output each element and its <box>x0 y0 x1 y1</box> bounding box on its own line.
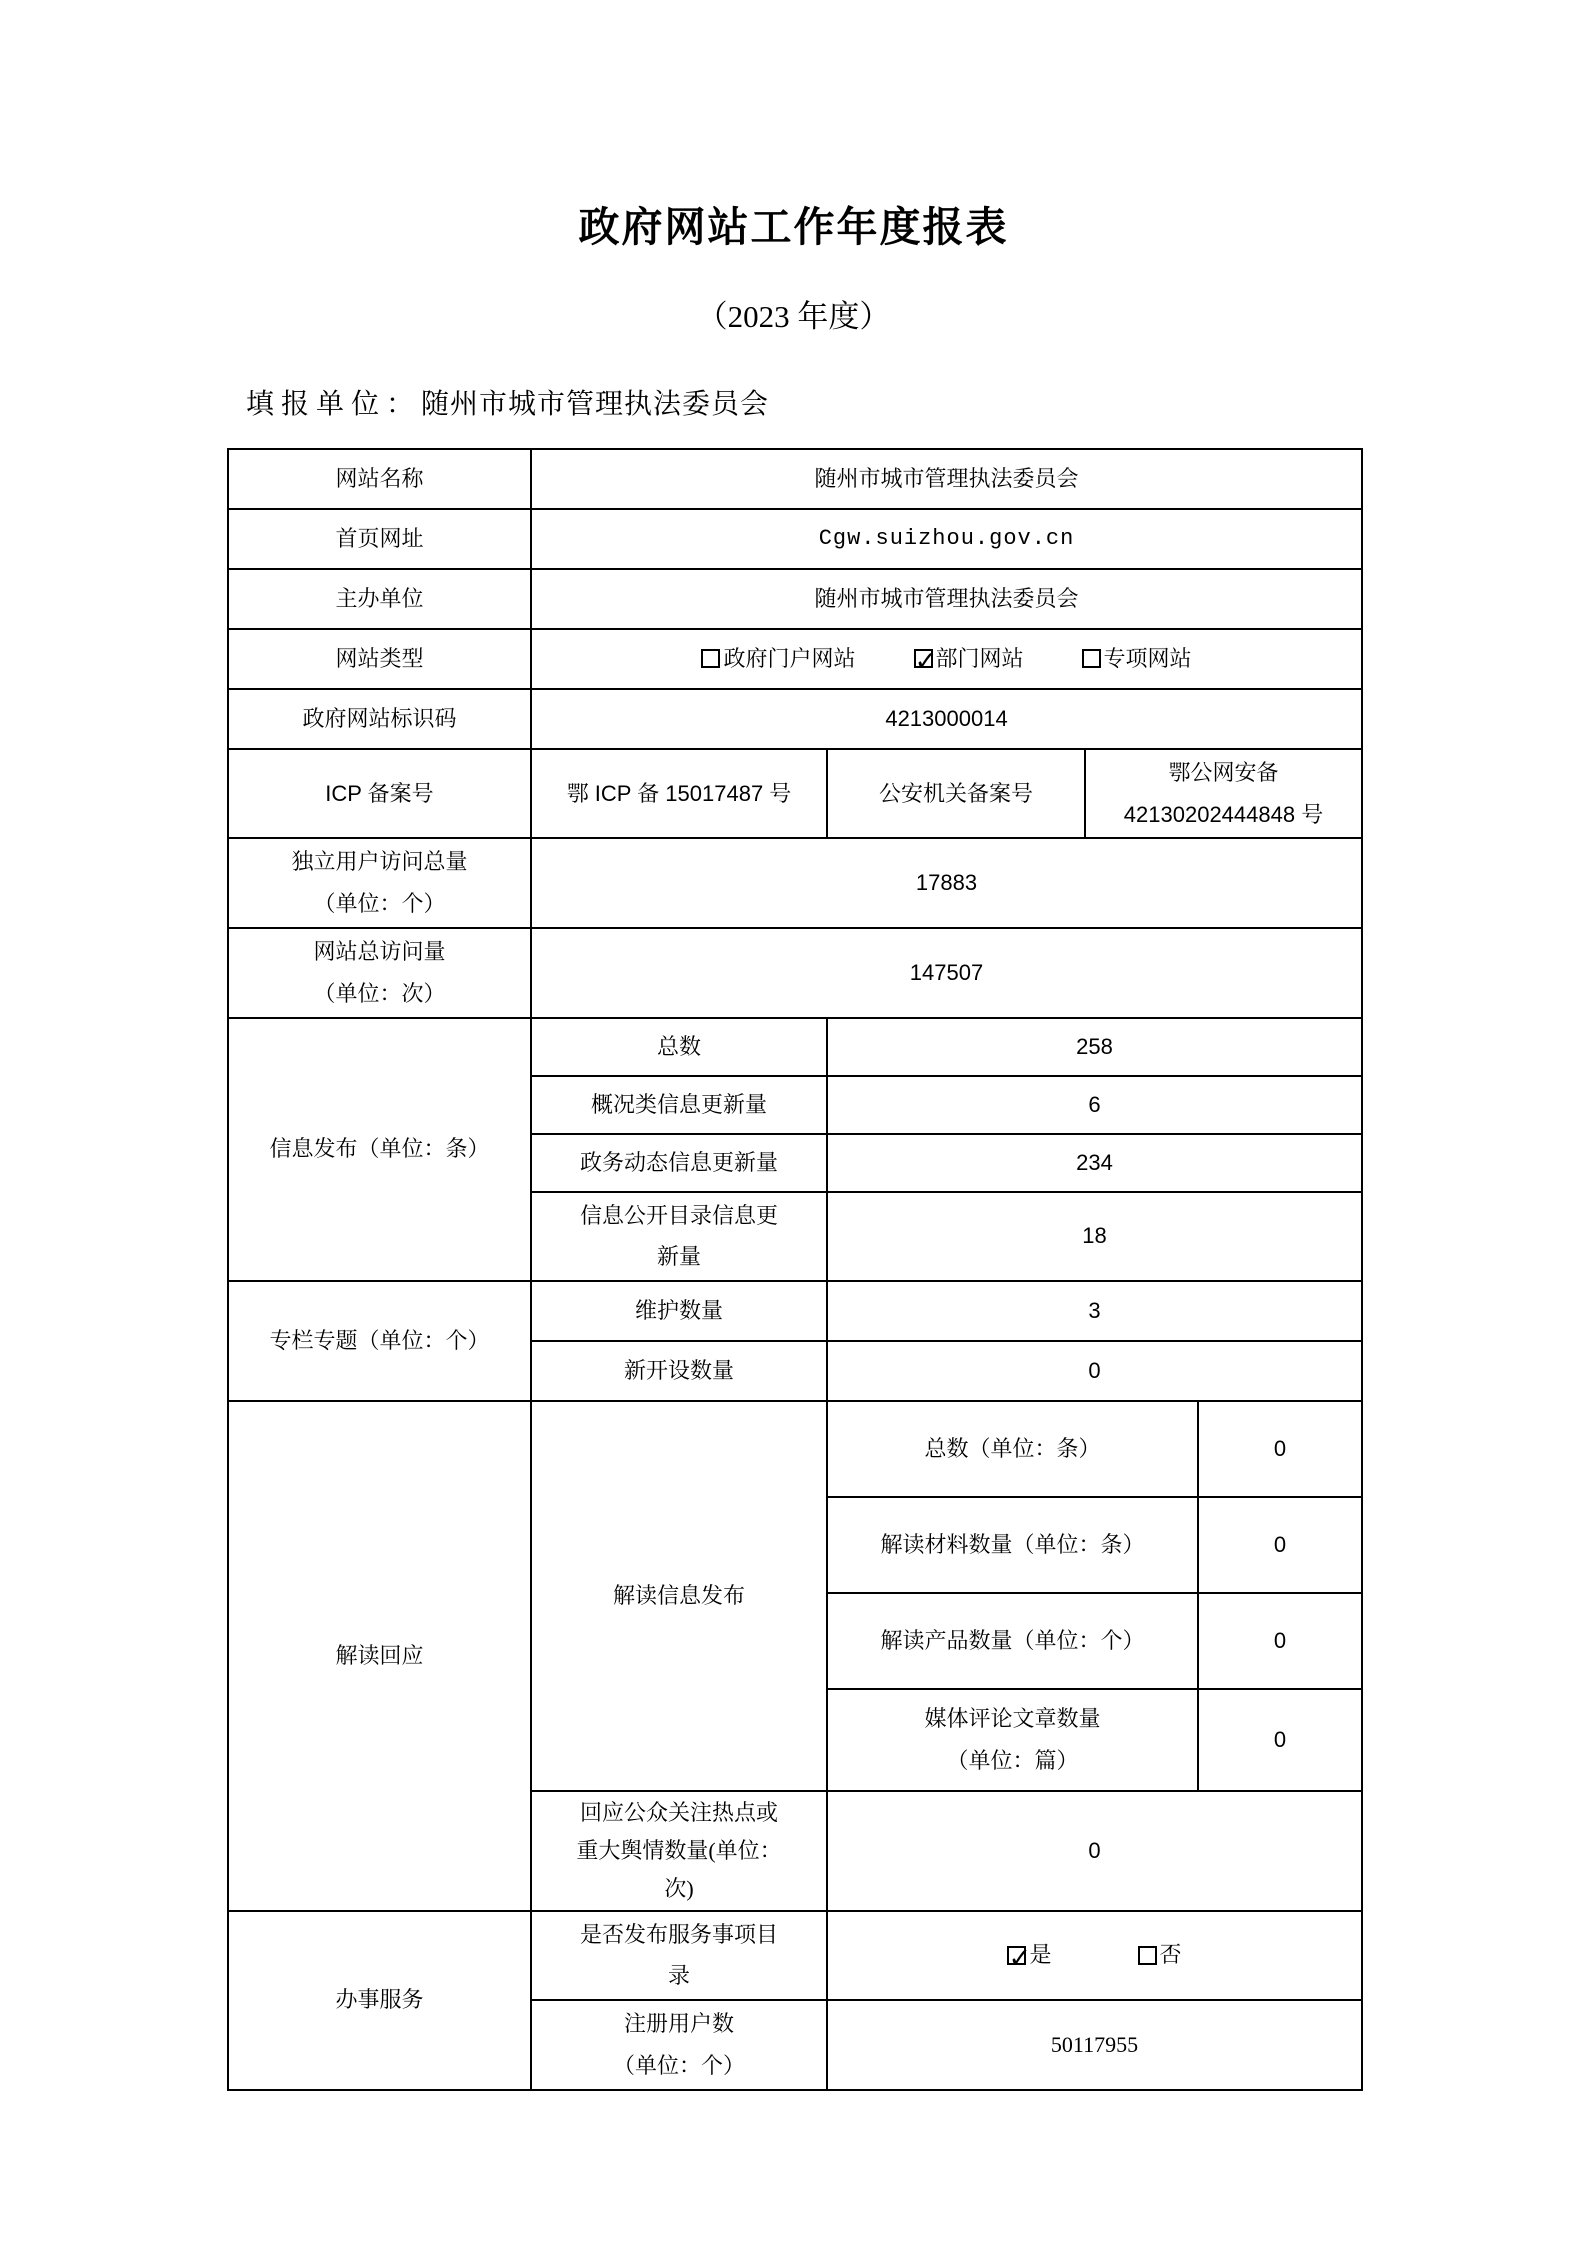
homepage-value: Cgw.suizhou.gov.cn <box>531 509 1362 569</box>
filler-unit-line: 填报单位：随州市城市管理执法委员会 <box>246 388 1587 422</box>
total-visits-value: 147507 <box>531 928 1362 1018</box>
report-page: 政府网站工作年度报表 （2023 年度） 填报单位：随州市城市管理执法委员会 网… <box>0 0 1587 2245</box>
option-label: 部门网站 <box>936 643 1024 675</box>
interpretation-response-value: 0 <box>827 1791 1362 1910</box>
table-row: 政府网站标识码 4213000014 <box>228 689 1362 749</box>
website-type-options: 政府门户网站 部门网站 专项网站 <box>531 629 1362 689</box>
special-columns-maintained-value: 3 <box>827 1281 1362 1341</box>
option-label: 否 <box>1160 1939 1182 1971</box>
organizer-label: 主办单位 <box>228 569 531 629</box>
interpretation-material-label: 解读材料数量（单位：条） <box>827 1497 1198 1593</box>
table-row: ICP 备案号 鄂 ICP 备 15017487 号 公安机关备案号 鄂公网安备… <box>228 749 1362 839</box>
site-name-label: 网站名称 <box>228 449 531 509</box>
table-row: 专栏专题（单位：个） 维护数量 3 <box>228 1281 1362 1341</box>
checkbox-icon <box>914 649 933 668</box>
services-section-label: 办事服务 <box>228 1911 531 2090</box>
table-row: 办事服务 是否发布服务事项目 录 是 否 <box>228 1911 1362 2001</box>
site-name-value: 随州市城市管理执法委员会 <box>531 449 1362 509</box>
info-release-overview-value: 6 <box>827 1076 1362 1134</box>
info-release-catalog-value: 18 <box>827 1192 1362 1282</box>
interpretation-total-value: 0 <box>1198 1401 1362 1497</box>
website-type-option-department: 部门网站 <box>914 643 1024 675</box>
option-label: 专项网站 <box>1104 643 1192 675</box>
special-columns-maintained-label: 维护数量 <box>531 1281 827 1341</box>
table-row: 主办单位 随州市城市管理执法委员会 <box>228 569 1362 629</box>
option-label: 政府门户网站 <box>723 643 855 675</box>
table-row: 首页网址 Cgw.suizhou.gov.cn <box>228 509 1362 569</box>
interpretation-media-label: 媒体评论文章数量 （单位：篇） <box>827 1689 1198 1791</box>
interpretation-section-label: 解读回应 <box>228 1401 531 1910</box>
table-row: 信息发布（单位：条） 总数 258 <box>228 1018 1362 1076</box>
interpretation-material-value: 0 <box>1198 1497 1362 1593</box>
icp-label: ICP 备案号 <box>228 749 531 839</box>
homepage-label: 首页网址 <box>228 509 531 569</box>
info-release-overview-label: 概况类信息更新量 <box>531 1076 827 1134</box>
registered-users-label: 注册用户数 （单位：个） <box>531 2000 827 2090</box>
info-release-dynamic-label: 政务动态信息更新量 <box>531 1134 827 1192</box>
site-id-label: 政府网站标识码 <box>228 689 531 749</box>
page-subtitle: （2023 年度） <box>0 300 1587 334</box>
filler-unit-label: 填报单位： <box>246 389 421 420</box>
special-columns-new-value: 0 <box>827 1341 1362 1401</box>
police-record-value: 鄂公网安备 42130202444848 号 <box>1085 749 1362 839</box>
icp-value: 鄂 ICP 备 15017487 号 <box>531 749 827 839</box>
info-release-catalog-label: 信息公开目录信息更 新量 <box>531 1192 827 1282</box>
services-catalog-option-yes: 是 <box>1007 1939 1051 1971</box>
special-columns-new-label: 新开设数量 <box>531 1341 827 1401</box>
checkbox-icon <box>1138 1946 1157 1965</box>
organizer-value: 随州市城市管理执法委员会 <box>531 569 1362 629</box>
unique-visitors-label: 独立用户访问总量 （单位：个） <box>228 838 531 928</box>
website-type-option-portal: 政府门户网站 <box>701 643 855 675</box>
info-release-section-label: 信息发布（单位：条） <box>228 1018 531 1282</box>
website-type-label: 网站类型 <box>228 629 531 689</box>
checkbox-icon <box>1082 649 1101 668</box>
interpretation-product-label: 解读产品数量（单位：个） <box>827 1593 1198 1689</box>
interpretation-total-label: 总数（单位：条） <box>827 1401 1198 1497</box>
table-row: 网站类型 政府门户网站 部门网站 专项网站 <box>228 629 1362 689</box>
table-row: 网站总访问量 （单位：次） 147507 <box>228 928 1362 1018</box>
annual-report-table: 网站名称 随州市城市管理执法委员会 首页网址 Cgw.suizhou.gov.c… <box>227 448 1363 2091</box>
services-catalog-options: 是 否 <box>827 1911 1362 2001</box>
website-type-option-special: 专项网站 <box>1082 643 1192 675</box>
checkbox-icon <box>701 649 720 668</box>
interpretation-response-label: 回应公众关注热点或 重大舆情数量(单位： 次) <box>531 1791 827 1910</box>
table-row: 解读回应 解读信息发布 总数（单位：条） 0 <box>228 1401 1362 1497</box>
police-record-label: 公安机关备案号 <box>827 749 1085 839</box>
option-label: 是 <box>1029 1939 1051 1971</box>
page-title: 政府网站工作年度报表 <box>0 0 1587 250</box>
info-release-total-label: 总数 <box>531 1018 827 1076</box>
info-release-total-value: 258 <box>827 1018 1362 1076</box>
info-release-dynamic-value: 234 <box>827 1134 1362 1192</box>
services-catalog-option-no: 否 <box>1138 1939 1182 1971</box>
services-catalog-label: 是否发布服务事项目 录 <box>531 1911 827 2001</box>
unique-visitors-value: 17883 <box>531 838 1362 928</box>
total-visits-label: 网站总访问量 （单位：次） <box>228 928 531 1018</box>
interpretation-media-value: 0 <box>1198 1689 1362 1791</box>
site-id-value: 4213000014 <box>531 689 1362 749</box>
checkbox-icon <box>1007 1946 1026 1965</box>
interpretation-publish-label: 解读信息发布 <box>531 1401 827 1791</box>
interpretation-product-value: 0 <box>1198 1593 1362 1689</box>
registered-users-value: 50117955 <box>827 2000 1362 2090</box>
special-columns-section-label: 专栏专题（单位：个） <box>228 1281 531 1401</box>
table-row: 网站名称 随州市城市管理执法委员会 <box>228 449 1362 509</box>
table-row: 独立用户访问总量 （单位：个） 17883 <box>228 838 1362 928</box>
filler-unit-value: 随州市城市管理执法委员会 <box>421 389 769 420</box>
